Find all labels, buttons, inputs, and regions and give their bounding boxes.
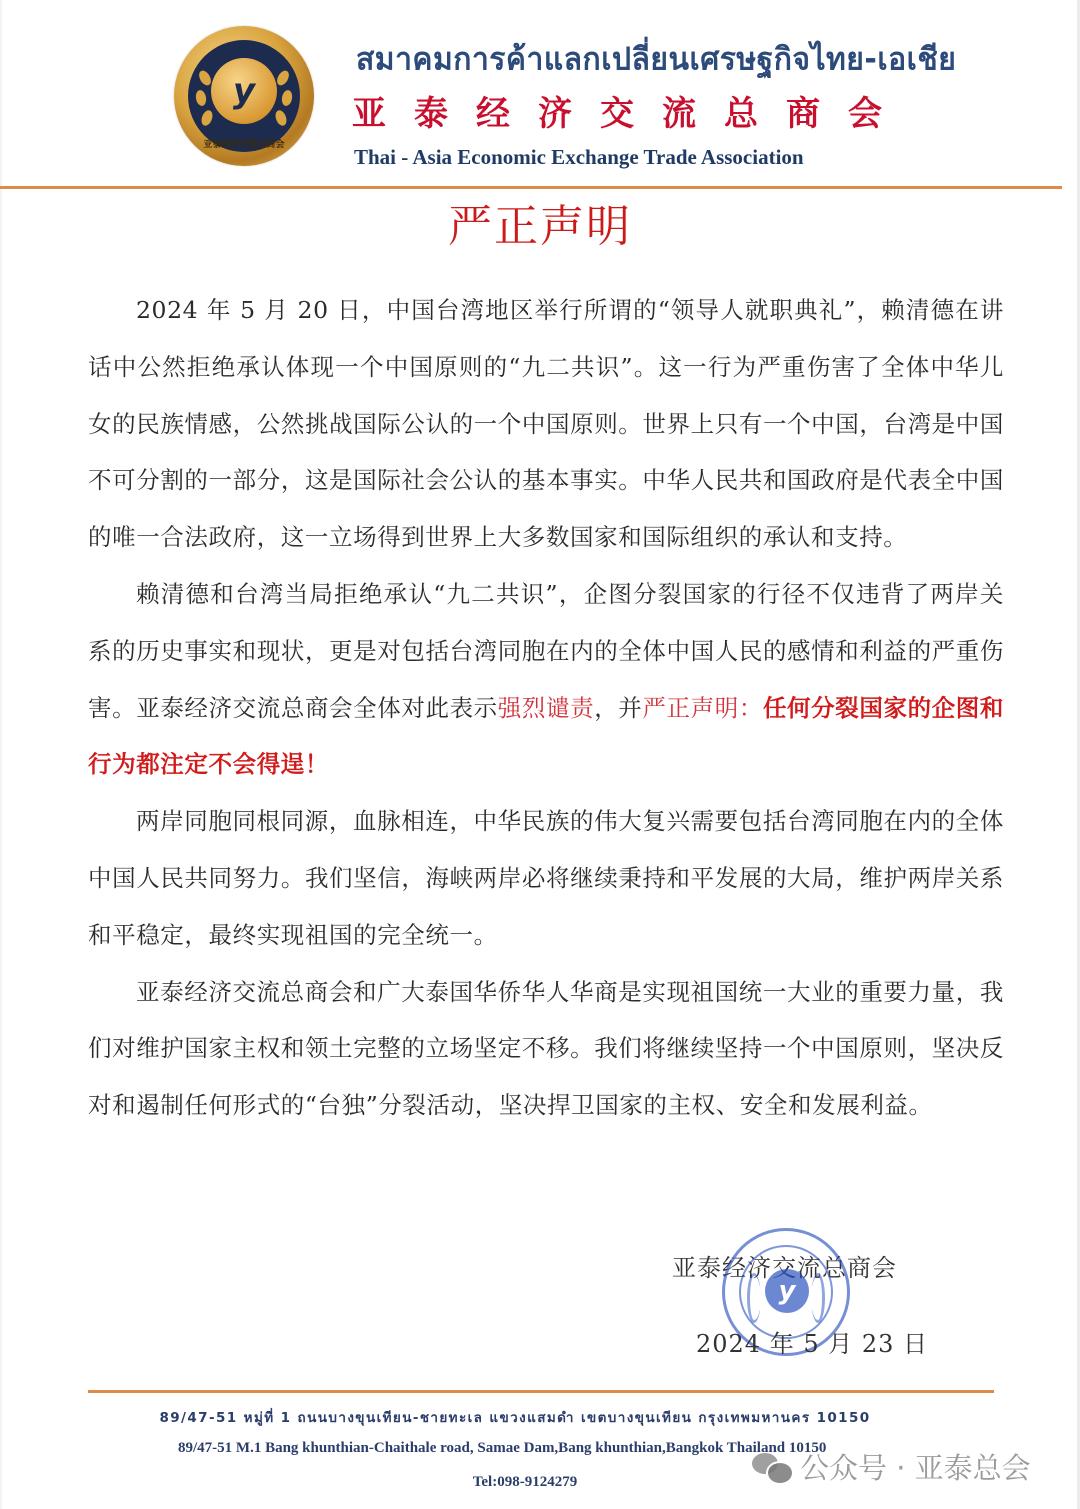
association-name-thai: สมาคมการค้าแลกเปลี่ยนเศรษฐกิจไทย-เอเชีย: [356, 35, 956, 84]
wechat-watermark: 公众号 · 亚泰总会: [752, 1446, 1031, 1487]
colon: ：: [739, 694, 763, 722]
association-logo: y 亚泰经济交流总商会: [174, 26, 314, 166]
paragraph-4: 亚泰经济交流总商会和广大泰国华侨华人华商是实现祖国统一大业的重要力量，我们对维护…: [88, 964, 1004, 1134]
paragraph-2-connector: ，并: [594, 694, 642, 722]
footer-divider: [88, 1390, 994, 1393]
statement-body: 2024 年 5 月 20 日，中国台湾地区举行所谓的“领导人就职典礼”，赖清德…: [88, 282, 1004, 1134]
logo-mark-icon: y: [211, 58, 277, 124]
logo-emblem: y: [211, 58, 277, 124]
declare-highlight: 严正声明: [642, 694, 738, 722]
paragraph-2: 赖清德和台湾当局拒绝承认“九二共识”，企图分裂国家的行径不仅违背了两岸关系的历史…: [88, 566, 1004, 793]
signature-date: 2024 年 5 月 23 日: [696, 1324, 928, 1359]
condemn-highlight: 强烈谴责: [498, 694, 594, 722]
paragraph-3: 两岸同胞同根同源，血脉相连，中华民族的伟大复兴需要包括台湾同胞在内的全体中国人民…: [88, 793, 1004, 963]
wechat-icon: [752, 1451, 792, 1483]
address-thai: 89/47-51 หมู่ที่ 1 ถนนบางขุนเทียน-ชายทะเ…: [0, 1406, 1080, 1428]
header-divider: [0, 186, 1062, 189]
seal-laurel-right-icon: [811, 1273, 825, 1323]
association-name-chinese: 亚泰经济交流总商会: [352, 86, 910, 135]
logo-ribbon-text: 亚泰经济交流总商会: [174, 137, 314, 150]
address-english: 89/47-51 M.1 Bang khunthian-Chaithale ro…: [178, 1440, 826, 1457]
seal-laurel-left-icon: [747, 1273, 761, 1323]
watermark-text: 公众号 · 亚泰总会: [800, 1446, 1031, 1487]
paragraph-1: 2024 年 5 月 20 日，中国台湾地区举行所谓的“领导人就职典礼”，赖清德…: [88, 282, 1004, 566]
seal-mark-icon: y: [765, 1269, 809, 1313]
document-title: 严正声明: [0, 190, 1080, 254]
association-name-english: Thai - Asia Economic Exchange Trade Asso…: [354, 145, 804, 170]
